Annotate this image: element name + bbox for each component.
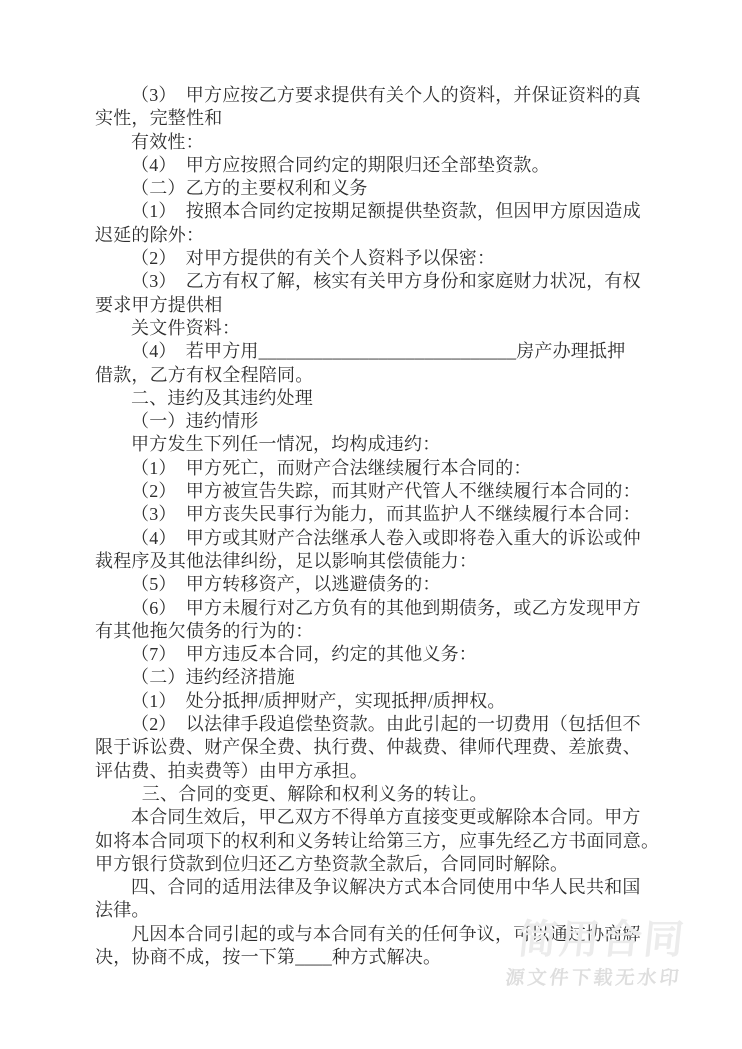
document-line: （5） 甲方转移资产，以逃避债务的： — [95, 573, 655, 596]
document-line: 迟延的除外： — [95, 224, 655, 247]
document-line: （一）违约情形 — [95, 410, 655, 433]
document-line: 要求甲方提供相 — [95, 294, 655, 317]
document-line: （4） 若甲方用____________________________房产办理… — [95, 340, 655, 363]
document-line: 本合同生效后，甲乙双方不得单方直接变更或解除本合同。甲方 — [95, 806, 655, 829]
document-line: 实性，完整性和 — [95, 107, 655, 130]
document-line: （1） 按照本合同约定按期足额提供垫资款，但因甲方原因造成 — [95, 200, 655, 223]
watermark: 简用合同 源文件下载无水印 — [504, 920, 687, 988]
document-line: 借款，乙方有权全程陪同。 — [95, 364, 655, 387]
document-line: （3） 甲方丧失民事行为能力，而其监护人不继续履行本合同： — [95, 503, 655, 526]
document-line: （3） 乙方有权了解，核实有关甲方身份和家庭财力状况，有权 — [95, 270, 655, 293]
document-line: （2） 以法律手段追偿垫资款。由此引起的一切费用（包括但不 — [95, 713, 655, 736]
document-line: 甲方发生下列任一情况，均构成违约： — [95, 433, 655, 456]
document-line: 甲方银行贷款到位归还乙方垫资款全款后，合同同时解除。 — [95, 853, 655, 876]
document-line: （3） 甲方应按乙方要求提供有关个人的资料，并保证资料的真 — [95, 84, 655, 107]
watermark-subtitle: 源文件下载无水印 — [504, 969, 682, 988]
document-line: 如将本合同项下的权利和义务转让给第三方，应事先经乙方书面同意。 — [95, 830, 655, 853]
document-line: 三、合同的变更、解除和权利义务的转让。 — [95, 783, 655, 806]
document-line: （1） 处分抵押/质押财产，实现抵押/质押权。 — [95, 690, 655, 713]
document-body: （3） 甲方应按乙方要求提供有关个人的资料，并保证资料的真实性，完整性和有效性：… — [95, 84, 655, 969]
document-page: （3） 甲方应按乙方要求提供有关个人的资料，并保证资料的真实性，完整性和有效性：… — [0, 0, 742, 1049]
document-line: （4） 甲方应按照合同约定的期限归还全部垫资款。 — [95, 154, 655, 177]
document-line: 关文件资料： — [95, 317, 655, 340]
watermark-title: 简用合同 — [507, 920, 687, 960]
document-line: 二、违约及其违约处理 — [95, 387, 655, 410]
document-line: （2） 对甲方提供的有关个人资料予以保密： — [95, 247, 655, 270]
document-line: （4） 甲方或其财产合法继承人卷入或即将卷入重大的诉讼或仲 — [95, 527, 655, 550]
document-line: 有效性： — [95, 131, 655, 154]
document-line: （2） 甲方被宣告失踪，而其财产代管人不继续履行本合同的： — [95, 480, 655, 503]
document-line: （二）乙方的主要权利和义务 — [95, 177, 655, 200]
document-line: （7） 甲方违反本合同，约定的其他义务： — [95, 643, 655, 666]
document-line: （1） 甲方死亡，而财产合法继续履行本合同的： — [95, 457, 655, 480]
document-line: 有其他拖欠债务的行为的： — [95, 620, 655, 643]
document-line: 限于诉讼费、财产保全费、执行费、仲裁费、律师代理费、差旅费、 — [95, 736, 655, 759]
document-line: （6） 甲方未履行对乙方负有的其他到期债务，或乙方发现甲方 — [95, 597, 655, 620]
document-line: 评估费、拍卖费等）由甲方承担。 — [95, 760, 655, 783]
document-line: 裁程序及其他法律纠纷，足以影响其偿债能力： — [95, 550, 655, 573]
document-line: （二）违约经济措施 — [95, 666, 655, 689]
document-line: 四、合同的适用法律及争议解决方式本合同使用中华人民共和国 — [95, 876, 655, 899]
